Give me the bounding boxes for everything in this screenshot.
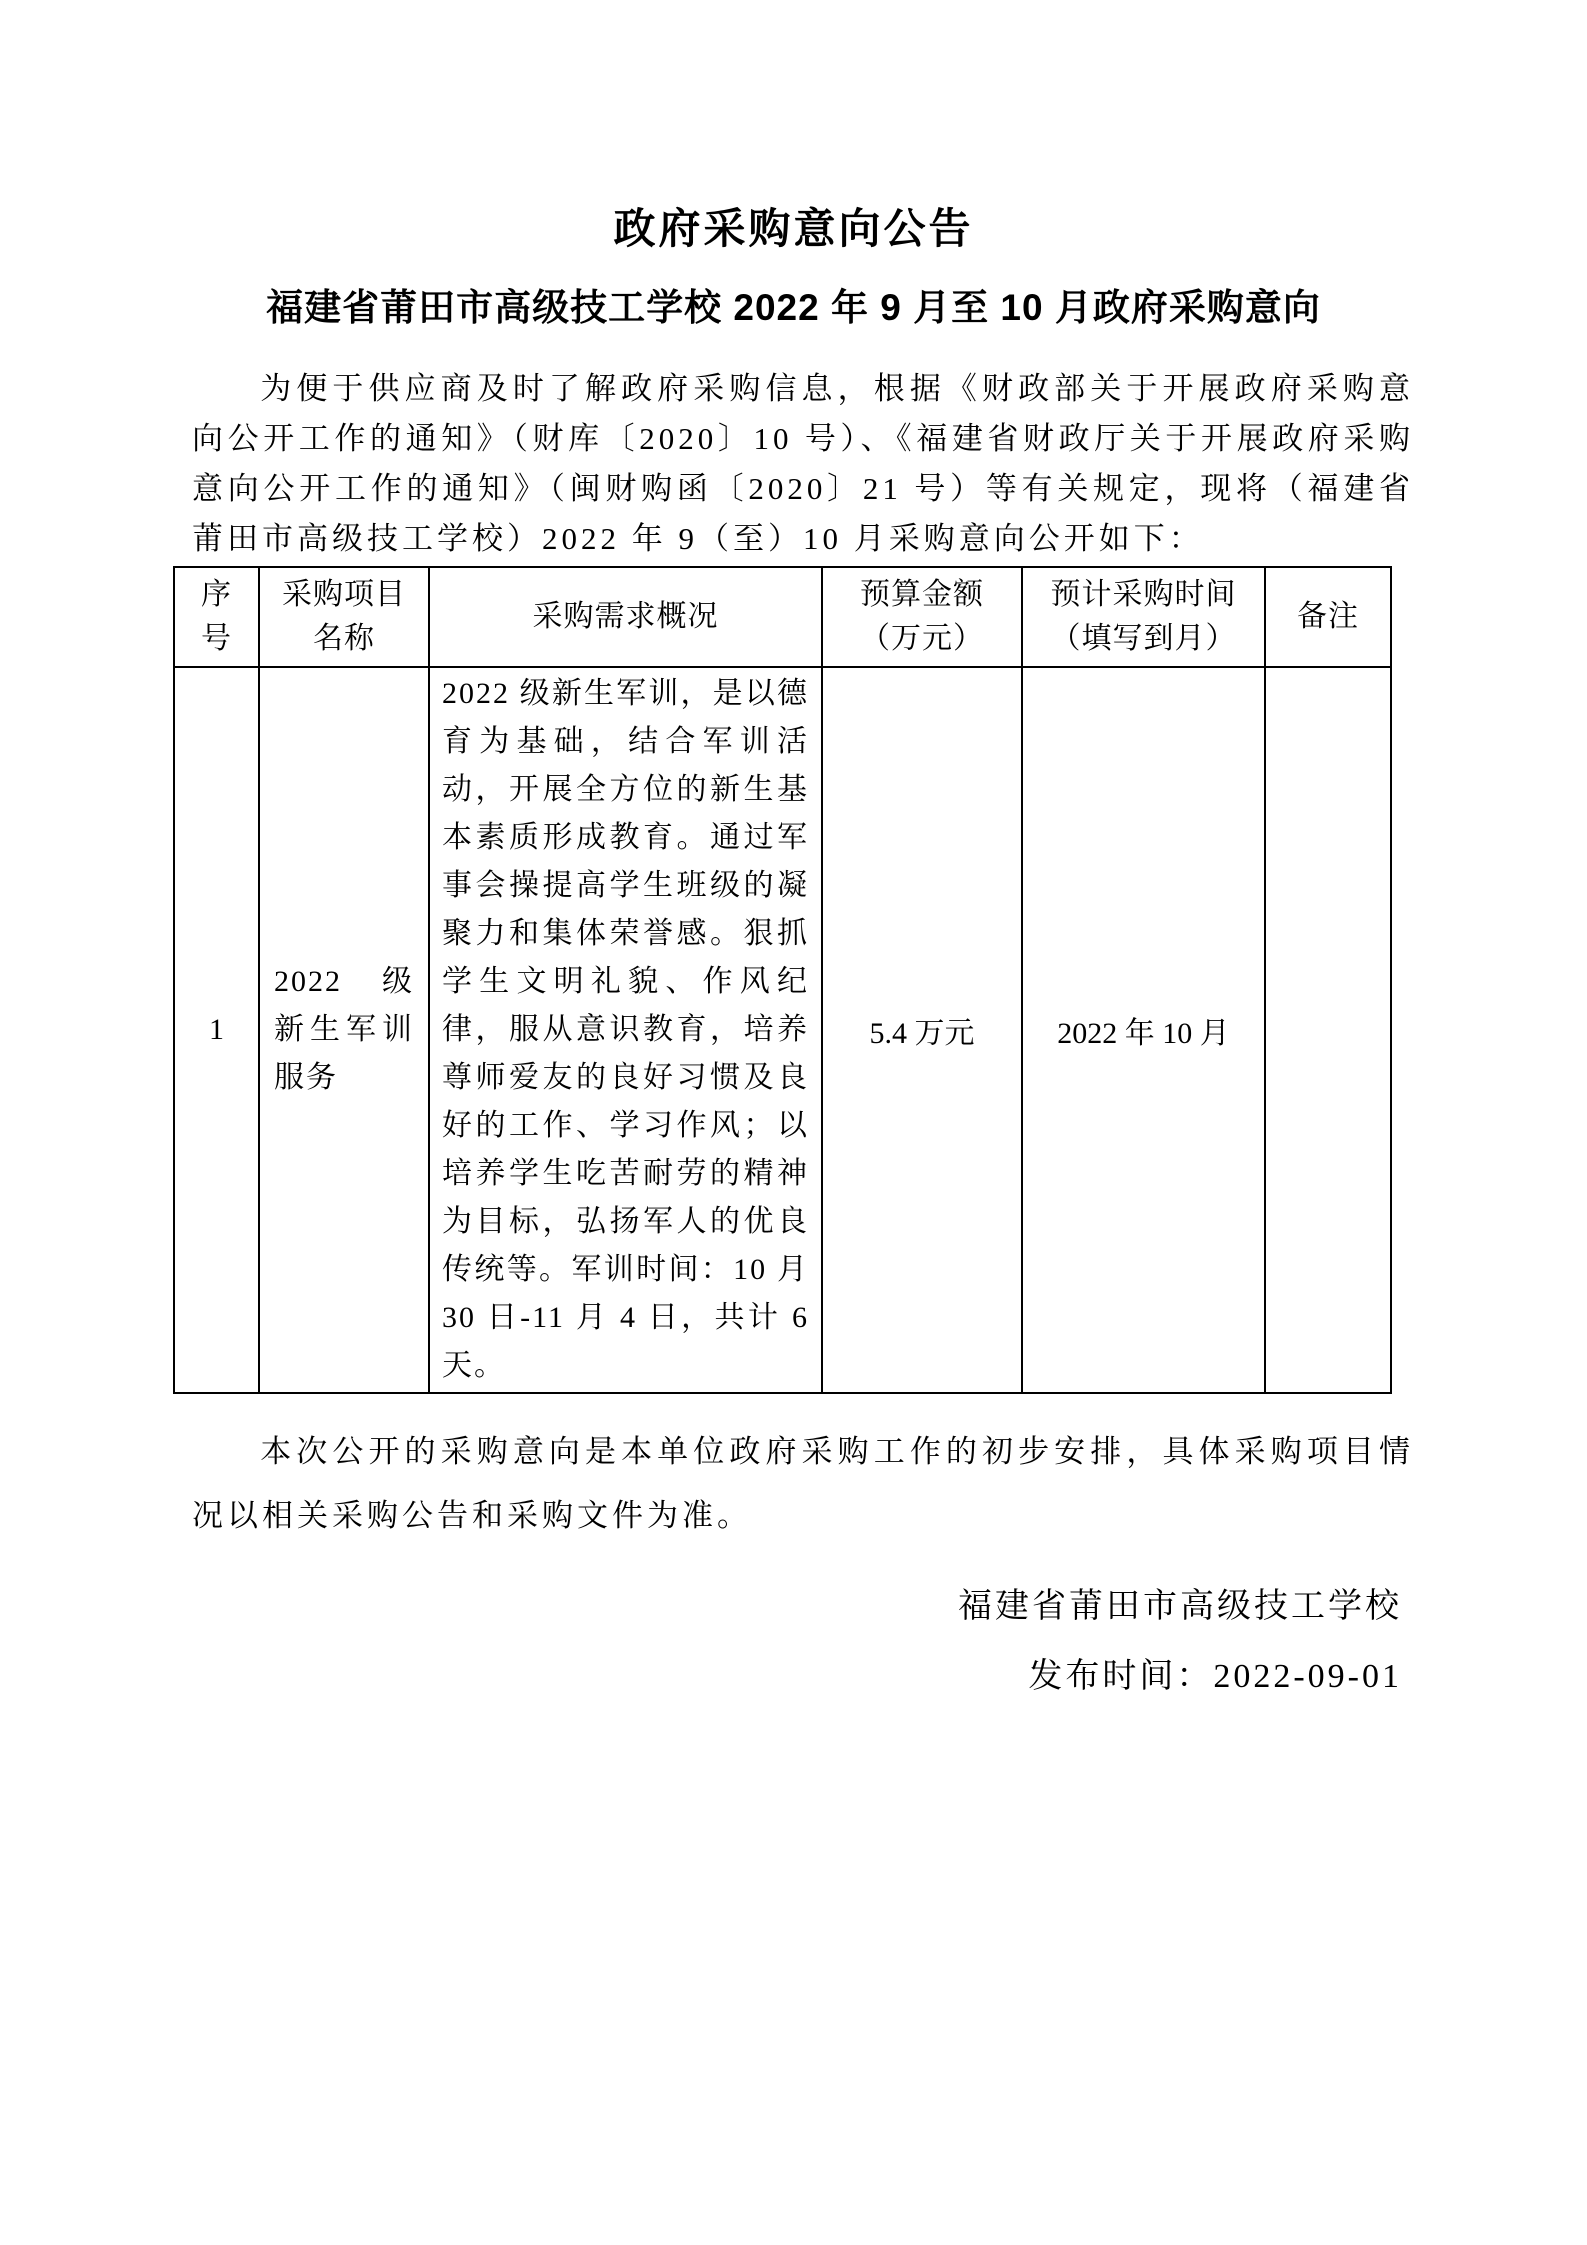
col-header-budget: 预算金额 （万元） [822,567,1022,667]
publish-date: 发布时间：2022-09-01 [170,1642,1402,1712]
procurement-table: 序 号 采购项目 名称 采购需求概况 预算金额 （万元） 预计采购时间 （ [173,566,1392,1394]
col-header-project-name-line2: 名称 [261,617,427,661]
signature-org: 福建省莆田市高级技工学校 [170,1572,1402,1642]
col-header-project-name: 采购项目 名称 [259,567,429,667]
cell-time: 2022 年 10 月 [1022,667,1265,1393]
cell-summary: 2022 级新生军训，是以德育为基础，结合军训活动，开展全方位的新生基本素质形成… [429,667,822,1393]
col-header-time-line1: 预计采购时间 [1024,573,1263,617]
col-header-seq-line1: 序 [176,573,257,617]
col-header-note-line1: 备注 [1267,595,1389,639]
col-header-budget-line1: 预算金额 [824,573,1020,617]
col-header-time-line2: （填写到月） [1024,617,1263,661]
document-page: 政府采购意向公告 福建省莆田市高级技工学校 2022 年 9 月至 10 月政府… [0,0,1587,2245]
cell-seq: 1 [174,667,259,1393]
intro-paragraph: 为便于供应商及时了解政府采购信息，根据《财政部关于开展政府采购意向公开工作的通知… [192,364,1414,564]
doc-title: 政府采购意向公告 [170,205,1417,253]
col-header-summary: 采购需求概况 [429,567,822,667]
table-header-row: 序 号 采购项目 名称 采购需求概况 预算金额 （万元） 预计采购时间 （ [174,567,1391,667]
col-header-project-name-line1: 采购项目 [261,573,427,617]
col-header-budget-line2: （万元） [824,617,1020,661]
cell-project-name: 2022 级新生军训服务 [259,667,429,1393]
col-header-seq-line2: 号 [176,617,257,661]
signature-block: 福建省莆田市高级技工学校 发布时间：2022-09-01 [170,1572,1417,1712]
cell-budget: 5.4 万元 [822,667,1022,1393]
closing-paragraph: 本次公开的采购意向是本单位政府采购工作的初步安排，具体采购项目情况以相关采购公告… [192,1420,1414,1548]
table-row: 1 2022 级新生军训服务 2022 级新生军训，是以德育为基础，结合军训活动… [174,667,1391,1393]
col-header-note: 备注 [1265,567,1391,667]
col-header-time: 预计采购时间 （填写到月） [1022,567,1265,667]
col-header-summary-line1: 采购需求概况 [431,595,820,639]
doc-subtitle: 福建省莆田市高级技工学校 2022 年 9 月至 10 月政府采购意向 [170,286,1417,330]
col-header-seq: 序 号 [174,567,259,667]
cell-note [1265,667,1391,1393]
